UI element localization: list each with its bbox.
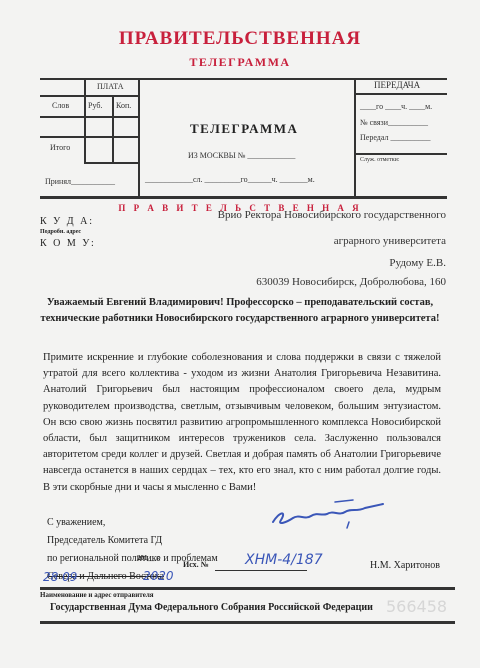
- payment-grid-row2: [40, 116, 138, 118]
- document-subtitle: ТЕЛЕГРАММА: [0, 55, 480, 70]
- from-moscow-field: ИЗ МОСКВЫ № ____________: [188, 151, 295, 160]
- service-notes-label: Служ. отметки:: [360, 157, 399, 163]
- col-kop: Коп.: [116, 101, 131, 110]
- sender-name: Государственная Дума Федерального Собран…: [50, 602, 373, 613]
- recipient-name: Рудому Е.В.: [389, 257, 446, 269]
- total-label: Итого: [50, 143, 70, 152]
- year-handwritten: 2020: [143, 569, 174, 583]
- outgoing-label: Исх. №: [183, 560, 209, 569]
- transmission-divider: [354, 78, 356, 198]
- position-line1: Председатель Комитета ГД: [47, 532, 218, 550]
- outgoing-number: ХНМ-4/187: [245, 552, 323, 568]
- form-bottom-border: [40, 196, 447, 199]
- payment-grid-row4: [84, 162, 138, 164]
- link-number-field: № связи__________: [360, 118, 428, 127]
- signer-name: Н.М. Харитонов: [370, 560, 440, 571]
- col-words: Слов: [52, 101, 69, 110]
- sender-bottom-border: [40, 621, 455, 624]
- where-label: К У Д А:: [40, 216, 94, 227]
- payment-grid-row3: [40, 136, 138, 138]
- whom-label: К О М У:: [40, 238, 96, 249]
- payment-block: ПЛАТА Слов Руб. Коп. Итого Принял_______…: [40, 78, 138, 196]
- center-title: ТЕЛЕГРАММА: [190, 121, 298, 137]
- greeting-text: Уважаемый Евгений Владимирович! Профессо…: [40, 295, 440, 327]
- message-body: Примите искренние и глубокие соболезнова…: [43, 350, 441, 496]
- transmitted-by-field: Передал __________: [360, 133, 430, 142]
- transmission-row1: [355, 93, 447, 95]
- sender-top-border: [40, 587, 455, 590]
- date-handwritten: 28 09: [43, 570, 77, 584]
- transmission-header: ПЕРЕДАЧА: [374, 80, 420, 90]
- recipient-address: 630039 Новосибирск, Добролюбова, 160: [256, 276, 446, 288]
- payment-header: ПЛАТА: [97, 82, 124, 91]
- payment-grid-row1: [40, 95, 138, 97]
- payment-divider: [138, 78, 140, 198]
- sender-label: Наименование и адрес отправителя: [40, 591, 154, 599]
- faint-stamp-number: 566458: [386, 597, 447, 616]
- recipient-line2: аграрного университета: [334, 235, 446, 247]
- received-field: Принял___________: [45, 177, 115, 186]
- regards-text: С уважением,: [47, 514, 218, 532]
- payment-grid-left: [84, 78, 86, 164]
- payment-grid-mid: [112, 95, 114, 164]
- year-prefix: 201__ г.: [137, 554, 160, 562]
- transmission-time: ____го ____ч. ____м.: [360, 102, 432, 111]
- recipient-line1: Врио Ректора Новосибирского государствен…: [218, 209, 446, 221]
- transmission-row2: [355, 153, 447, 155]
- handwritten-signature-icon: [265, 498, 395, 534]
- col-rub: Руб.: [88, 101, 102, 110]
- document-title: ПРАВИТЕЛЬСТВЕННАЯ: [0, 28, 480, 50]
- outgoing-underline: [215, 570, 307, 571]
- time-line-field: ____________сл. _________го______ч. ____…: [145, 175, 315, 184]
- detail-address-label: Подробн. адрес: [40, 229, 81, 235]
